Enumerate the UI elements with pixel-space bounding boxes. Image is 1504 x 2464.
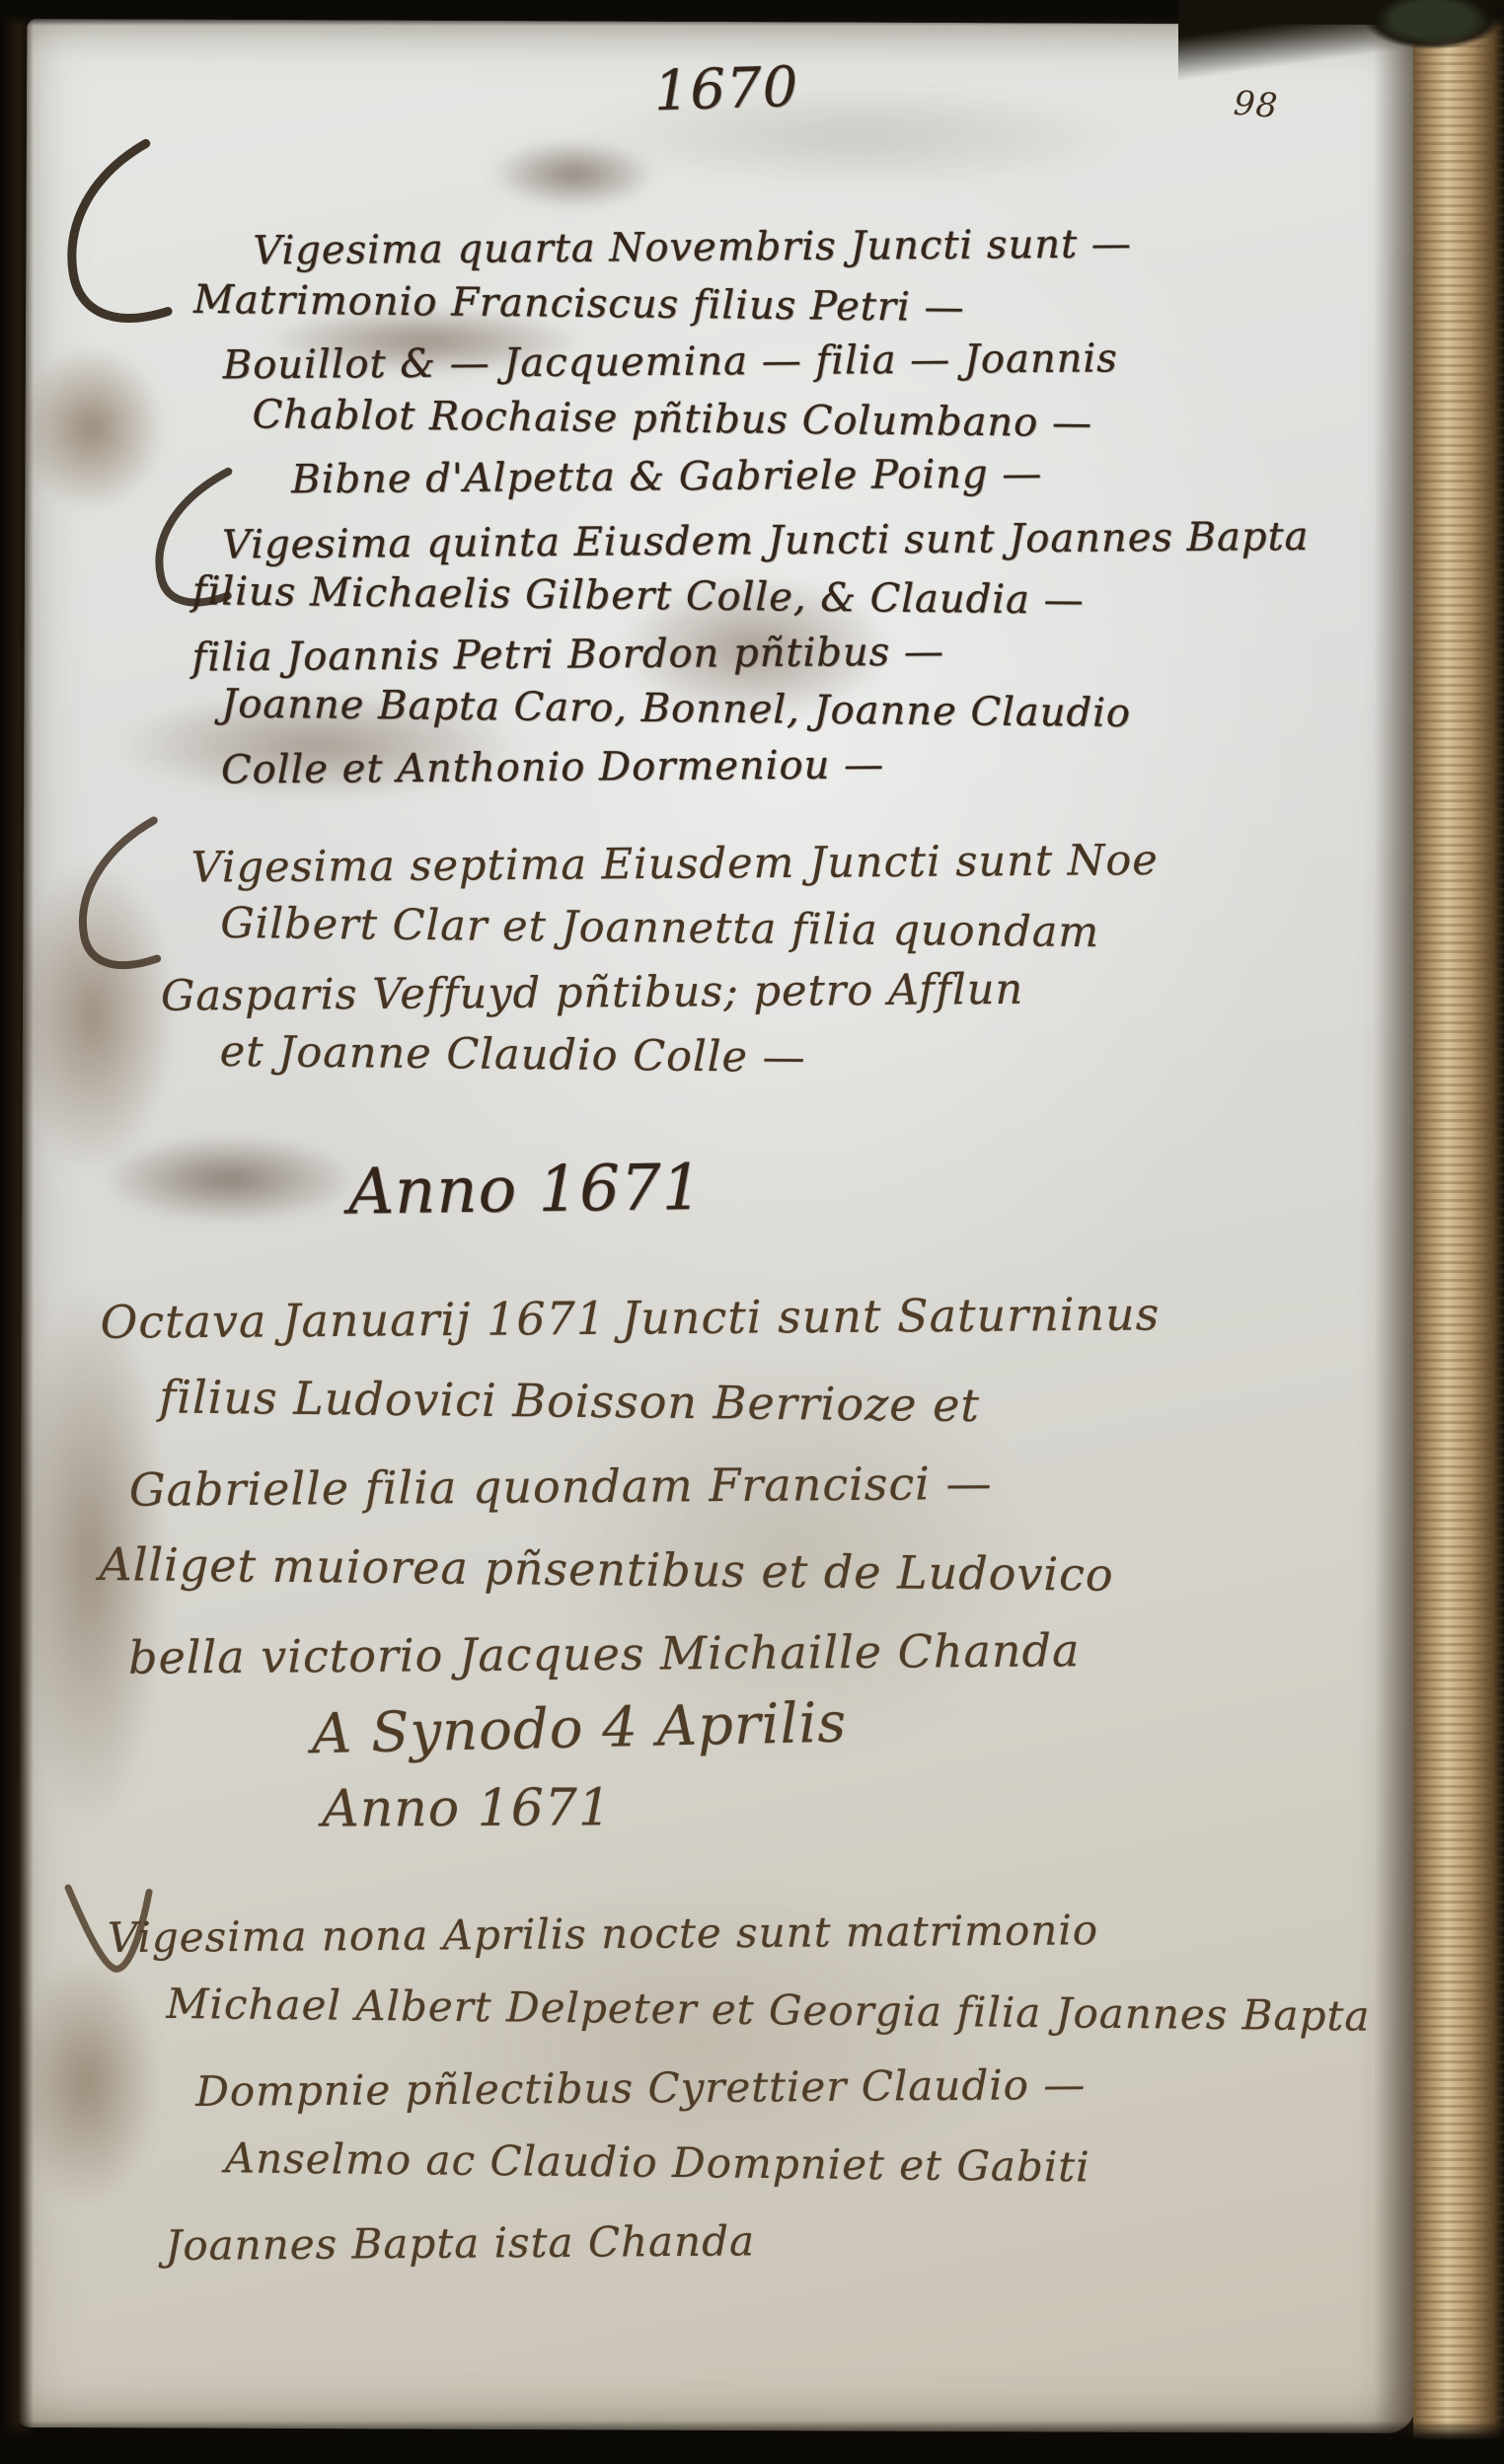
record-line: bella victorio Jacques Michaille Chanda (128, 1608, 1159, 1700)
anno-1671-heading: Anno 1671 (22, 1147, 1030, 1232)
marriage-record: Vigesima septima Eiusdem Juncti sunt Noe… (92, 830, 1159, 1091)
record-line: Dompnie pñlectibus Cyrettier Claudio — (195, 2045, 1370, 2130)
record-line: Octava Januarij 1671 Juncti sunt Saturni… (100, 1272, 1160, 1364)
record-line: Joannes Bapta ista Chanda (165, 2198, 1369, 2284)
record-line: Alliget muiorea pñsentibus et de Ludovic… (99, 1523, 1160, 1617)
record-line: filius Ludovici Boisson Berrioze et (159, 1355, 1161, 1450)
record-line: Gilbert Clar et Joannetta filia quondam (220, 892, 1159, 966)
record-line: Vigesima nona Aprilis nocte sunt matrimo… (108, 1890, 1371, 1977)
record-line: Gasparis Veffuyd pñtibus; petro Afflun (161, 957, 1159, 1029)
record-line: Bibne d'Alpetta & Gabriele Poing — (291, 445, 1131, 509)
record-line: Anselmo ac Claudio Dompniet et Gabiti (224, 2120, 1370, 2208)
marriage-record: Vigesima quinta Eiusdem Juncti sunt Joan… (93, 510, 1310, 796)
binding-corner (1178, 0, 1504, 85)
page-content: 1670 98 Vigesima quarta Novembris Juncti… (17, 19, 1427, 2433)
record-line: Gabrielle filia quondam Francisci — (129, 1441, 1160, 1532)
record-line: Bouillot & — Jacquemina — filia — Joanni… (223, 330, 1132, 394)
marriage-record: Vigesima quarta Novembris Juncti sunt — … (94, 216, 1132, 507)
marriage-record: Vigesima nona Aprilis nocte sunt matrimo… (66, 1892, 1371, 2282)
synod-heading-year: Anno 1671 (19, 1777, 915, 1840)
record-line: et Joanne Claudio Colle — (219, 1020, 1158, 1094)
record-line: Chablot Rochaise pñtibus Columbano — (252, 386, 1131, 452)
binding-gutter (0, 0, 34, 2464)
record-line: Michael Albert Delpeter et Georgia filia… (166, 1966, 1371, 2055)
book-fore-edge-pages (1413, 0, 1504, 2464)
record-line: Colle et Anthonio Dormeniou — (221, 734, 1309, 799)
record-line: filia Joannis Petri Bordon pñtibus — (191, 622, 1309, 687)
page-number: 98 (1232, 84, 1279, 126)
record-line: Vigesima septima Eiusdem Juncti sunt Noe (190, 829, 1159, 901)
record-line: Vigesima quarta Novembris Juncti sunt — (253, 215, 1132, 279)
book-bottom-edge (0, 2421, 1504, 2464)
manuscript-photo: 1670 98 Vigesima quarta Novembris Juncti… (0, 0, 1504, 2464)
marriage-record: Octava Januarij 1671 Juncti sunt Saturni… (59, 1274, 1161, 1698)
record-line: filius Michaelis Gilbert Colle, & Claudi… (192, 563, 1310, 632)
paper-page: 1670 98 Vigesima quarta Novembris Juncti… (17, 19, 1427, 2433)
record-line: Vigesima quinta Eiusdem Juncti sunt Joan… (222, 509, 1310, 574)
record-line: Matrimonio Franciscus filius Petri — (193, 271, 1132, 338)
record-line: Joanne Bapta Caro, Bonnel, Joanne Claudi… (221, 676, 1309, 744)
